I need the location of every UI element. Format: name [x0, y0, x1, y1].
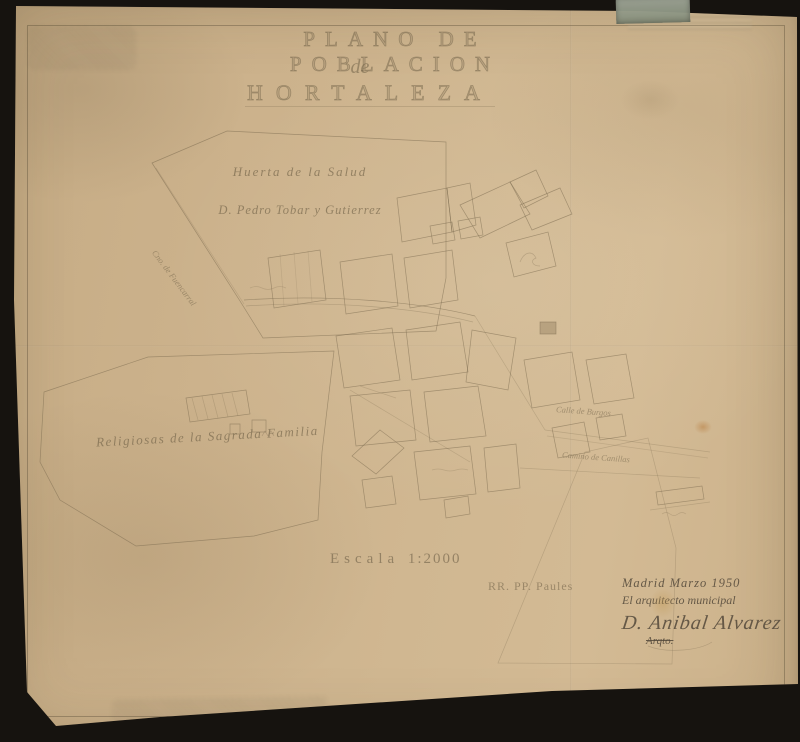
archive-stamp-smudge-top-left — [28, 26, 136, 70]
archive-stamp-smudge-bottom-left — [112, 696, 327, 724]
signature-title-abbr: Arqto. — [646, 635, 797, 647]
signature-role: El arquitecto municipal — [622, 593, 797, 608]
map-title-line3: HORTALEZA — [245, 80, 495, 107]
parcel-owner-label: D. Pedro Tobar y Gutierrez — [160, 203, 440, 218]
parcel-label-huerta-de-la-salud: Huerta de la Salud — [180, 164, 420, 180]
scale-label: Escala — [330, 551, 399, 567]
signature-date: Madrid Marzo 1950 — [622, 576, 797, 591]
stain-soft-patch — [620, 80, 680, 120]
stain-spot-orange — [694, 420, 712, 434]
map-title-line2: de — [310, 56, 410, 79]
signature-block: Madrid Marzo 1950 El arquitecto municipa… — [622, 576, 797, 647]
map-paper-sheet: PLANO DE POBLACION de HORTALEZA Huerta d… — [0, 0, 800, 742]
mounting-tape — [616, 0, 691, 24]
archive-stamp-smudge-bottom-right — [578, 697, 710, 723]
scanned-map-plate: PLANO DE POBLACION de HORTALEZA Huerta d… — [0, 0, 800, 742]
parcel-label-paules: RR. PP. Paules — [488, 579, 573, 594]
scale-value: 1:2000 — [408, 551, 462, 567]
stain-spot-yellow — [650, 588, 676, 618]
scale-caption: Escala 1:2000 — [330, 551, 462, 568]
architect-signature: D. Anibal Alvarez — [620, 612, 798, 635]
